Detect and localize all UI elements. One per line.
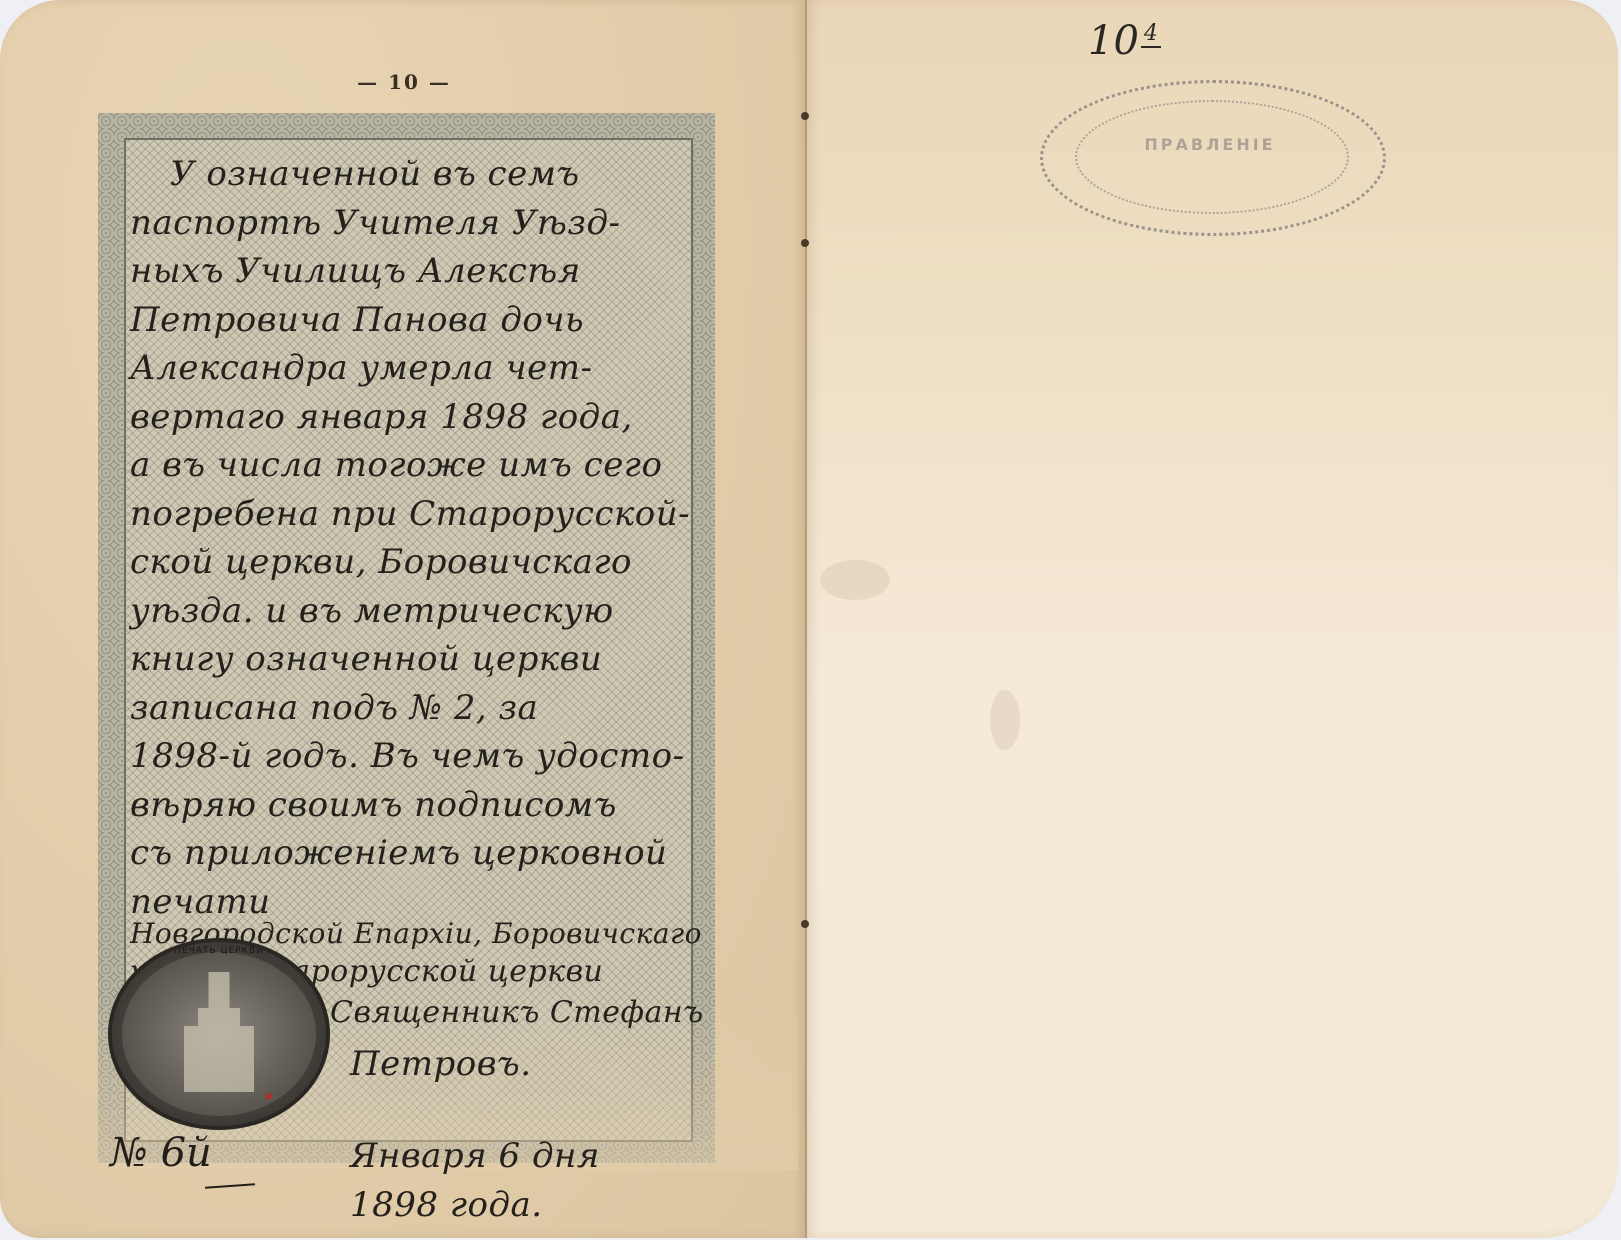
handwritten-line: паспортѣ Учителя Уѣзд- <box>130 199 770 248</box>
stamp-text: ПРАВЛЕНІЕ <box>1060 135 1360 154</box>
handwritten-line: 1898-й годъ. Въ чемъ удосто- <box>130 732 770 781</box>
handwritten-line: а въ числа тогоже имъ сего <box>130 441 770 490</box>
staple-lower <box>801 920 809 928</box>
folio-number: 104 <box>1088 18 1161 64</box>
handwritten-line: У означенной въ семъ <box>130 150 770 199</box>
folio-superscript: 4 <box>1141 21 1161 48</box>
page-number: — 10 — <box>354 70 454 94</box>
handwritten-line: книгу означенной церкви <box>130 635 770 684</box>
oval-stamp-inner <box>1075 100 1349 214</box>
church-seal: ПЕЧАТЬ ЦЕРКВИ <box>108 938 330 1130</box>
red-ink-dot <box>265 1093 272 1100</box>
handwritten-line: Александра умерла чет- <box>130 344 770 393</box>
staple-upper <box>801 239 809 247</box>
handwritten-line: уѣзда. и въ метрическую <box>130 587 770 636</box>
handwritten-line: вѣряю своимъ подписомъ <box>130 781 770 830</box>
handwritten-line: съ приложеніемъ церковной <box>130 829 770 878</box>
handwritten-line: Петровича Панова дочь <box>130 296 770 345</box>
handwritten-line: ской церкви, Боровичскаго <box>130 538 770 587</box>
folio-main: 10 <box>1088 18 1139 64</box>
handwritten-line: погребена при Старорусской- <box>130 490 770 539</box>
handwritten-line: ныхъ Училищъ Алексѣя <box>130 247 770 296</box>
date-year: 1898 года. <box>130 1181 770 1230</box>
paper-stain <box>820 560 890 600</box>
seal-text: ПЕЧАТЬ ЦЕРКВИ <box>112 946 326 956</box>
passport-booklet: — 10 — У означенной въ семъ паспортѣ Учи… <box>0 0 1621 1240</box>
date-line: Января 6 дня <box>130 1132 770 1181</box>
handwritten-line: вертаго января 1898 года, <box>130 393 770 442</box>
registry-number: № 6й <box>110 1130 212 1176</box>
staple-top <box>801 112 809 120</box>
handwritten-line: записана подъ № 2, за <box>130 684 770 733</box>
church-icon <box>184 972 254 1092</box>
paper-stain <box>990 690 1020 750</box>
spine-fold <box>805 0 807 1238</box>
